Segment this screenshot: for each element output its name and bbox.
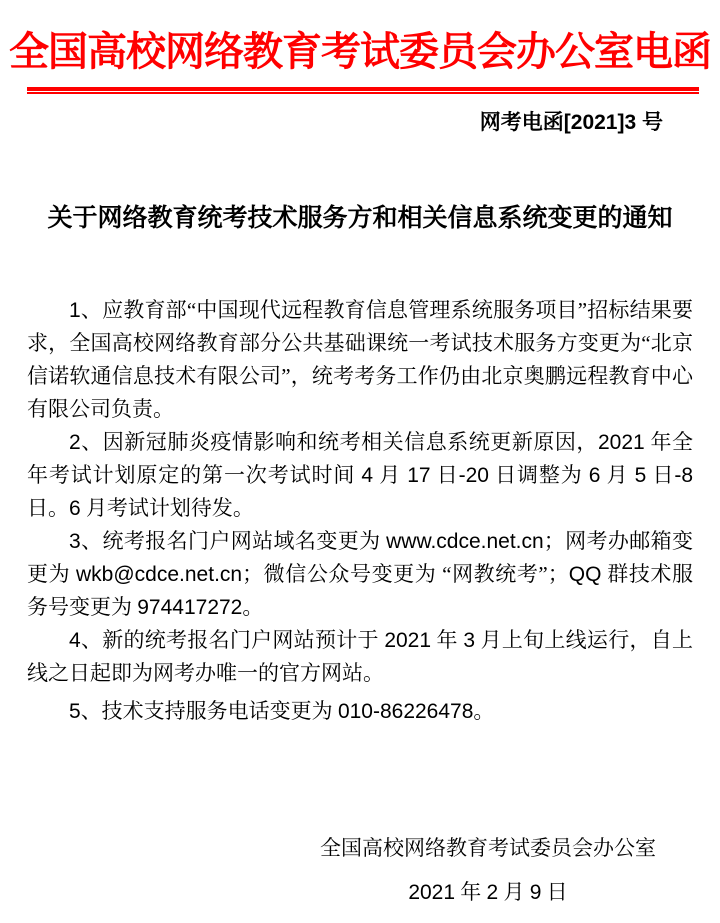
latin-text: 5 [635,464,647,487]
latin-text: [2021]3 [564,111,636,134]
letterhead-org-title: 全国高校网络教育考试委员会办公室电函 [0,27,720,77]
latin-text: 9 [530,881,542,904]
official-letter-page: 全国高校网络教育考试委员会办公室电函 网考电函[2021]3 号 关于网络教育统… [0,0,720,923]
divider-thin-line [27,92,699,94]
latin-text: 17 [407,464,430,487]
divider-thick-line [27,87,699,91]
latin-text: 1 [69,299,81,322]
latin-text: 2021 [598,431,645,454]
latin-text: wkb@cdce.net.cn [76,563,242,586]
paragraph: 2、因新冠肺炎疫情影响和统考相关信息系统更新原因，2021 年全年考试计划原定的… [27,426,693,525]
latin-text: QQ [569,563,602,586]
signature-date: 2021 年 2 月 9 日 [320,876,656,909]
latin-text: 2 [487,881,499,904]
latin-text: www.cdce.net.cn [386,530,544,553]
paragraph: 4、新的统考报名门户网站预计于 2021 年 3 月上旬上线运行，自上线之日起即… [27,624,693,690]
paragraph: 3、统考报名门户网站域名变更为 www.cdce.net.cn；网考办邮箱变更为… [27,525,693,624]
latin-text: 974417272 [137,596,242,619]
letterhead-divider [27,87,699,94]
latin-text: 3 [463,629,475,652]
latin-text: 010-86226478 [338,700,473,723]
paragraph: 1、应教育部“中国现代远程教育信息管理系统服务项目”招标结果要求，全国高校网络教… [27,294,693,426]
latin-text: 6 [69,497,81,520]
latin-text: -20 [459,464,489,487]
latin-text: 2 [69,431,81,454]
paragraph: 5、技术支持服务电话变更为 010-86226478。 [27,695,693,728]
latin-text: 4 [69,629,81,652]
latin-text: 2021 [408,881,455,904]
latin-text: -8 [674,464,693,487]
latin-text: 3 [69,530,81,553]
latin-text: 4 [361,464,373,487]
signature-org-name: 全国高校网络教育考试委员会办公室 [320,832,656,865]
signature-block: 全国高校网络教育考试委员会办公室 2021 年 2 月 9 日 [320,832,656,909]
document-title: 关于网络教育统考技术服务方和相关信息系统变更的通知 [0,203,720,233]
document-number: 网考电函[2021]3 号 [0,111,720,135]
document-body: 1、应教育部“中国现代远程教育信息管理系统服务项目”招标结果要求，全国高校网络教… [0,294,720,728]
latin-text: 5 [69,700,81,723]
latin-text: 2021 [384,629,431,652]
latin-text: 6 [589,464,601,487]
